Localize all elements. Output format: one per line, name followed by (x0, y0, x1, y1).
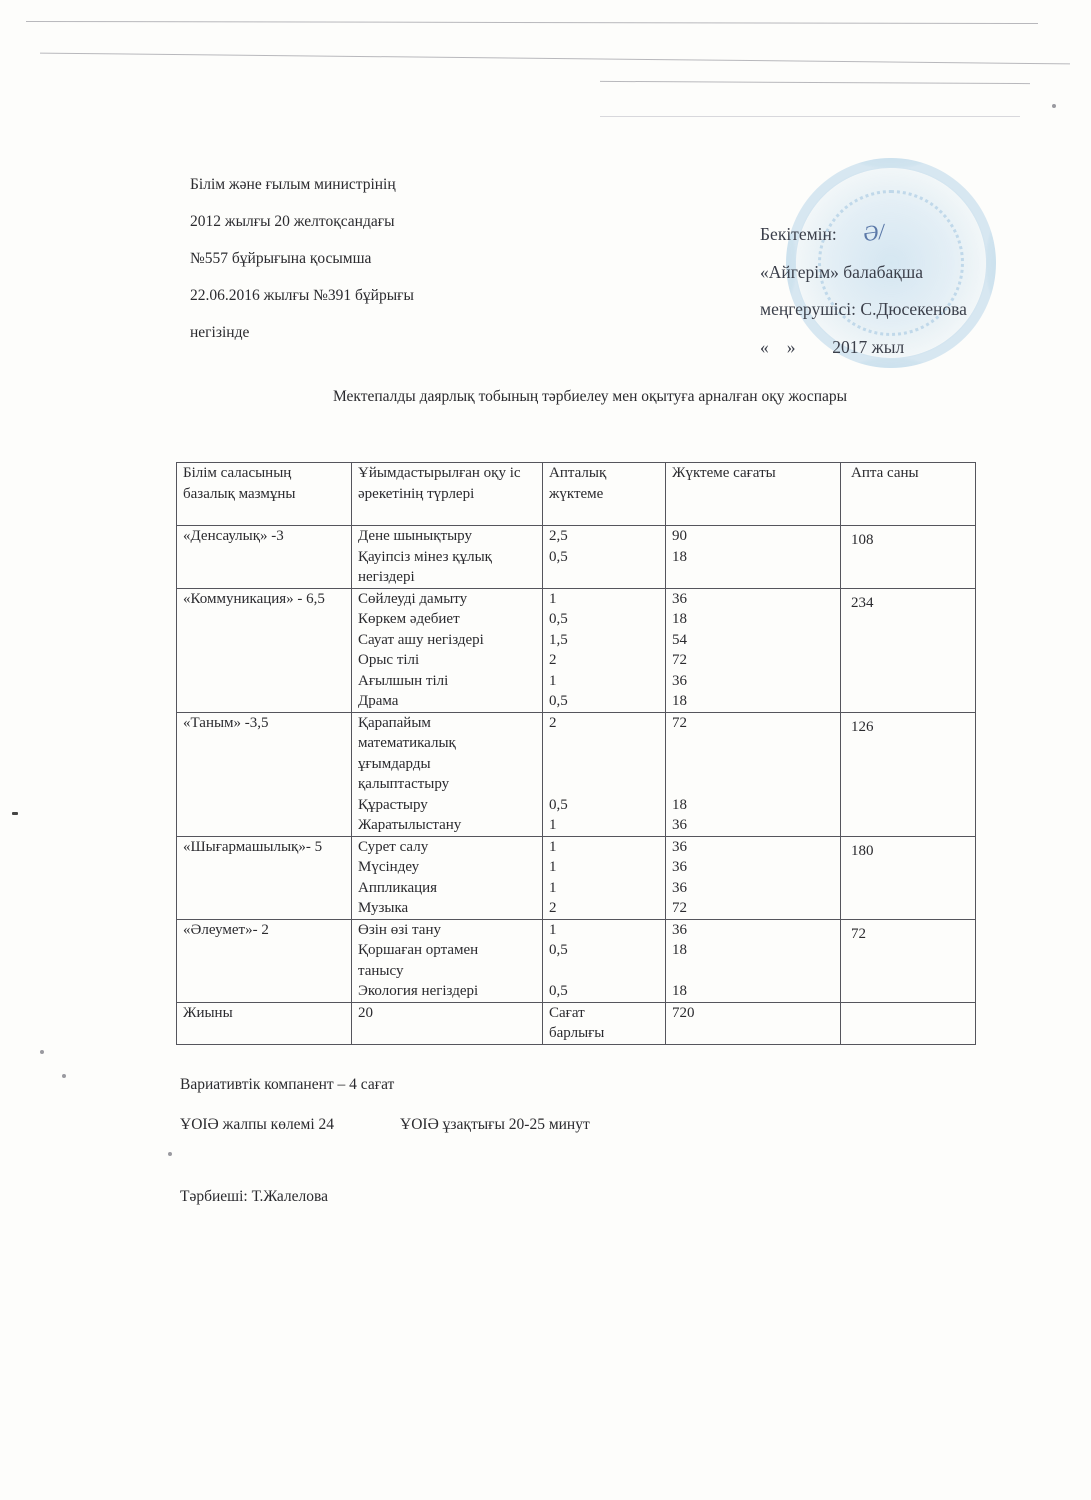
order-line: негізінде (190, 314, 414, 351)
activity: Мүсіндеу (358, 857, 536, 878)
hours-value: 90 (672, 526, 834, 547)
header-cell: Ұйымдастырылған оқу іс әрекетінің түрлер… (352, 463, 543, 526)
weekly-value: 0,5 (549, 691, 659, 712)
weekly-cell: 10,50,5 (543, 919, 666, 1002)
hours-cell: 9018 (666, 526, 841, 589)
total-weeks (841, 1002, 976, 1044)
hours-value: 18 (672, 691, 834, 712)
curriculum-table: Білім саласының базалық мазмұны Ұйымдаст… (176, 462, 976, 1045)
weekly-value: 1 (549, 815, 659, 836)
scan-speck (40, 1050, 44, 1054)
scan-line (26, 21, 1038, 24)
activity: қалыптастыру (358, 774, 536, 795)
weekly-value (549, 961, 659, 982)
total-hours-label: Сағат барлығы (543, 1002, 666, 1044)
header-cell: Жүктеме сағаты (666, 463, 841, 526)
area-cell: «Әлеумет»- 2 (177, 919, 352, 1002)
activity: Қоршаған ортамен (358, 940, 536, 961)
table-row: «Денсаулық» -3Дене шынықтыруҚауіпсіз мін… (177, 526, 976, 589)
hours-value: 72 (672, 898, 834, 919)
kindergarten-name: «Айгерім» балабақша (760, 254, 967, 292)
order-line: 22.06.2016 жылғы №391 бұйрығы (190, 277, 414, 314)
weekly-value: 2 (549, 898, 659, 919)
hours-value (672, 567, 834, 588)
weeks-cell: 72 (841, 919, 976, 1002)
activity: Сөйлеуді дамыту (358, 589, 536, 610)
approval-date: «» 2017 жыл (760, 329, 967, 367)
weekly-value: 0,5 (549, 609, 659, 630)
lesson-volume: ҰОІӘ жалпы көлемі 24 (180, 1116, 334, 1133)
weekly-value: 1 (549, 589, 659, 610)
area-cell: «Денсаулық» -3 (177, 526, 352, 589)
activity: Ағылшын тілі (358, 671, 536, 692)
activity: негіздері (358, 567, 536, 588)
activity: Сауат ашу негіздері (358, 630, 536, 651)
lesson-duration: ҰОІӘ ұзақтығы 20-25 минут (400, 1116, 590, 1133)
hours-value: 18 (672, 940, 834, 961)
hours-value: 72 (672, 713, 834, 734)
teacher: Тәрбиеші: Т.Жалелова (180, 1188, 328, 1206)
activity: Қауіпсіз мінез құлық (358, 547, 536, 568)
hours-value: 36 (672, 589, 834, 610)
activity: Аппликация (358, 878, 536, 899)
hours-value: 54 (672, 630, 834, 651)
hours-value: 18 (672, 609, 834, 630)
hours-value: 36 (672, 815, 834, 836)
activities-cell: Сөйлеуді дамытуКөркем әдебиетСауат ашу н… (352, 588, 543, 712)
total-row: Жиыны 20 Сағат барлығы 720 (177, 1002, 976, 1044)
total-weekly: 20 (352, 1002, 543, 1044)
hours-cell: 361818 (666, 919, 841, 1002)
scan-line (600, 116, 1020, 117)
weekly-value: 1 (549, 857, 659, 878)
hours-value (672, 774, 834, 795)
approved-label: Бекітемін: (760, 224, 837, 244)
weekly-cell: 1112 (543, 836, 666, 919)
signature: Ә/ (861, 213, 887, 253)
scan-speck (168, 1152, 172, 1156)
weekly-value: 0,5 (549, 981, 659, 1002)
weekly-value (549, 754, 659, 775)
hours-value: 18 (672, 795, 834, 816)
table-row: «Шығармашылық»- 5Сурет салуМүсіндеуАппли… (177, 836, 976, 919)
area-cell: «Шығармашылық»- 5 (177, 836, 352, 919)
hours-value: 36 (672, 878, 834, 899)
order-line: Білім және ғылым министрінің (190, 166, 414, 203)
activity: Құрастыру (358, 795, 536, 816)
weeks-cell: 108 (841, 526, 976, 589)
hours-value (672, 733, 834, 754)
weekly-value: 1,5 (549, 630, 659, 651)
scan-line (600, 81, 1030, 84)
area-cell: «Таным» -3,5 (177, 712, 352, 836)
activity: Драма (358, 691, 536, 712)
total-hours: 720 (666, 1002, 841, 1044)
activity: Музыка (358, 898, 536, 919)
table-header-row: Білім саласының базалық мазмұны Ұйымдаст… (177, 463, 976, 526)
activity: Экология негіздері (358, 981, 536, 1002)
weekly-value (549, 733, 659, 754)
activity: Дене шынықтыру (358, 526, 536, 547)
weekly-value: 0,5 (549, 547, 659, 568)
weekly-value: 2 (549, 650, 659, 671)
table-row: «Таным» -3,5Қарапайымматематикалықұғымда… (177, 712, 976, 836)
lesson-info: ҰОІӘ жалпы көлемі 24ҰОІӘ ұзақтығы 20-25 … (180, 1116, 590, 1134)
weekly-value: 1 (549, 671, 659, 692)
weekly-value: 2,5 (549, 526, 659, 547)
hours-value (672, 754, 834, 775)
activity: Қарапайым (358, 713, 536, 734)
area-cell: «Коммуникация» - 6,5 (177, 588, 352, 712)
header-cell: Апталық жүктеме (543, 463, 666, 526)
hours-cell: 361854723618 (666, 588, 841, 712)
weeks-cell: 180 (841, 836, 976, 919)
activity: Көркем әдебиет (358, 609, 536, 630)
hours-value: 36 (672, 837, 834, 858)
hours-cell: 36363672 (666, 836, 841, 919)
weekly-cell: 20,51 (543, 712, 666, 836)
head-name: меңгерушісі: С.Дюсекенова (760, 291, 967, 329)
weekly-value (549, 567, 659, 588)
order-reference: Білім және ғылым министрінің 2012 жылғы … (190, 166, 414, 351)
weekly-value: 0,5 (549, 795, 659, 816)
hours-value: 18 (672, 981, 834, 1002)
document-title: Мектепалды даярлық тобының тәрбиелеу мен… (0, 388, 1091, 406)
weekly-cell: 10,51,5210,5 (543, 588, 666, 712)
activity: Орыс тілі (358, 650, 536, 671)
table-row: «Әлеумет»- 2Өзін өзі тануҚоршаған ортаме… (177, 919, 976, 1002)
hours-value: 72 (672, 650, 834, 671)
order-line: 2012 жылғы 20 желтоқсандағы (190, 203, 414, 240)
scan-speck (62, 1074, 66, 1078)
activity: математикалық (358, 733, 536, 754)
activity: танысу (358, 961, 536, 982)
weekly-value: 1 (549, 920, 659, 941)
scan-speck (1052, 104, 1056, 108)
header-cell: Апта саны (841, 463, 976, 526)
weekly-value: 1 (549, 837, 659, 858)
activities-cell: Өзін өзі тануҚоршаған ортаментанысуЭколо… (352, 919, 543, 1002)
weekly-value: 1 (549, 878, 659, 899)
approval-block: Бекітемін: Ә/ «Айгерім» балабақша меңгер… (760, 214, 967, 366)
activity: Жаратылыстану (358, 815, 536, 836)
total-label: Жиыны (177, 1002, 352, 1044)
activity: ұғымдарды (358, 754, 536, 775)
activities-cell: Сурет салуМүсіндеуАппликацияМузыка (352, 836, 543, 919)
weeks-cell: 126 (841, 712, 976, 836)
scan-line (40, 53, 1070, 65)
variative-component: Вариативтік компанент – 4 сағат (180, 1076, 394, 1094)
hours-value: 36 (672, 920, 834, 941)
weekly-cell: 2,50,5 (543, 526, 666, 589)
weekly-value: 0,5 (549, 940, 659, 961)
activities-cell: Қарапайымматематикалықұғымдардықалыптаст… (352, 712, 543, 836)
weekly-value (549, 774, 659, 795)
activity: Сурет салу (358, 837, 536, 858)
hours-value: 18 (672, 547, 834, 568)
approval-year: 2017 жыл (832, 337, 904, 357)
activity: Өзін өзі тану (358, 920, 536, 941)
weekly-value: 2 (549, 713, 659, 734)
order-line: №557 бұйрығына қосымша (190, 240, 414, 277)
hours-value (672, 961, 834, 982)
scan-speck (12, 812, 18, 815)
hours-cell: 721836 (666, 712, 841, 836)
weeks-cell: 234 (841, 588, 976, 712)
hours-value: 36 (672, 671, 834, 692)
header-cell: Білім саласының базалық мазмұны (177, 463, 352, 526)
activities-cell: Дене шынықтыруҚауіпсіз мінез құлықнегізд… (352, 526, 543, 589)
hours-value: 36 (672, 857, 834, 878)
table-row: «Коммуникация» - 6,5Сөйлеуді дамытуКөрке… (177, 588, 976, 712)
